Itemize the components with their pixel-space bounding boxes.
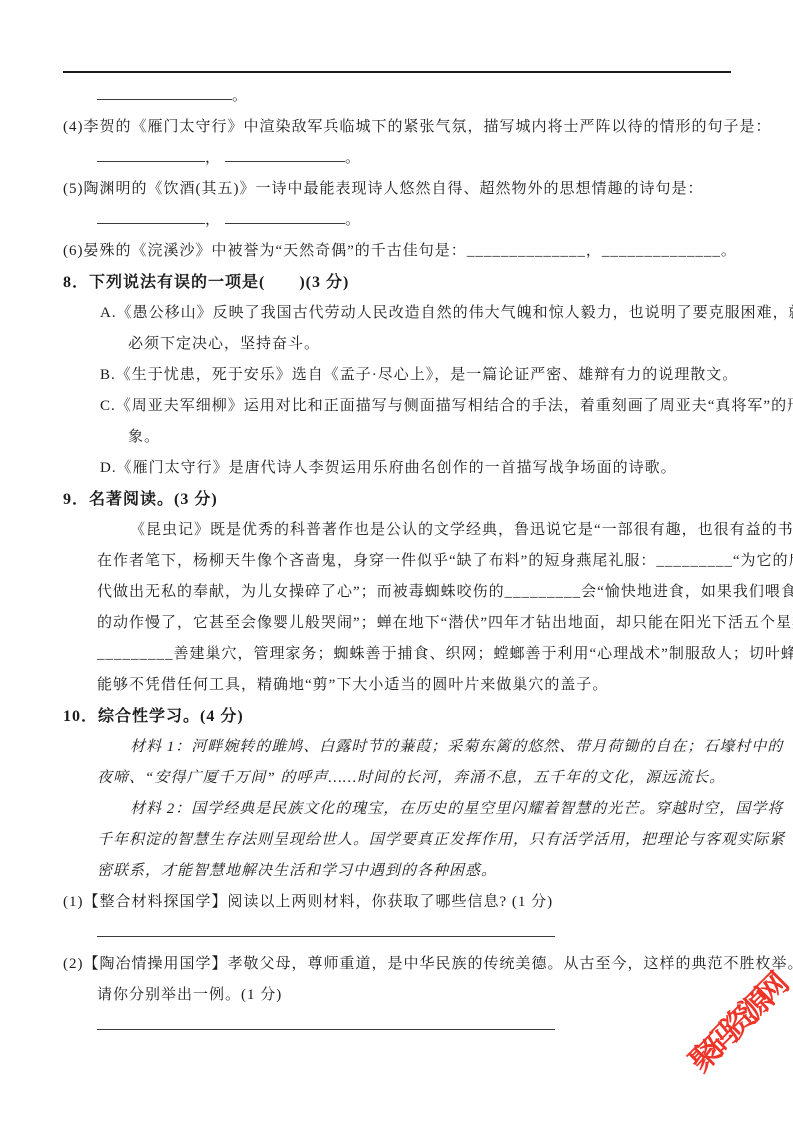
- exam-paper-page: 。 (4)李贺的《雁门太守行》中渲染敌军兵临城下的紧张气氛，描写城内将士严阵以待…: [0, 0, 793, 1122]
- question-10-heading: 10．综合性学习。(4 分): [63, 701, 731, 732]
- question-7-item-6: (6)晏殊的《浣溪沙》中被誉为“天然奇偶”的千古佳句是：____________…: [63, 236, 731, 267]
- option-a-line-1: A.《愚公移山》反映了我国古代劳动人民改造自然的伟大气魄和惊人毅力，也说明了要克…: [63, 298, 731, 329]
- answer-blank: [225, 147, 345, 162]
- question-7-item-6-blanks: ______________，______________。: [467, 243, 737, 259]
- question-9-heading: 9．名著阅读。(3 分): [63, 484, 731, 515]
- q9-paragraph-line-6: 能够不凭借任何工具，精确地“剪”下大小适当的圆叶片来做巢穴的盖子。: [63, 670, 731, 701]
- option-d: D.《雁门太守行》是唐代诗人李贺运用乐府曲名创作的一首描写战争场面的诗歌。: [63, 453, 731, 484]
- answer-blank-line-top: 。: [63, 81, 731, 112]
- material-1-line-2: 夜啼、“安得广厦千万间” 的呼声……时间的长河，奔涌不息，五千年的文化，源远流长…: [63, 763, 731, 794]
- answer-blank-line-q4: ，。: [63, 143, 731, 174]
- answer-blank: [97, 85, 232, 100]
- sub-question-2-line-2: 请你分别举出一例。(1 分): [63, 980, 731, 1011]
- answer-underline-1: [63, 918, 731, 949]
- material-2-line-2: 千年积淀的智慧生存法则呈现给世人。国学要真正发挥作用，只有活学活用，把理论与客观…: [63, 825, 731, 856]
- answer-blank-line-q5: ，。: [63, 205, 731, 236]
- question-7-item-4: (4)李贺的《雁门太守行》中渲染敌军兵临城下的紧张气氛，描写城内将士严阵以待的情…: [63, 112, 731, 143]
- comma-mark: ，: [205, 212, 221, 228]
- q9-paragraph-line-5: _________善建巢穴，管理家务；蜘蛛善于捕食、织网；螳螂善于利用“心理战术…: [63, 639, 731, 670]
- option-a-line-2: 必须下定决心，坚持奋斗。: [63, 329, 731, 360]
- q9-paragraph-line-1: 《昆虫记》既是优秀的科普著作也是公认的文学经典，鲁迅说它是“一部很有趣，也很有益…: [63, 515, 731, 546]
- material-2-line-3: 密联系，才能智慧地解决生活和学习中遇到的各种困惑。: [63, 856, 731, 887]
- question-7-item-5: (5)陶渊明的《饮酒(其五)》一诗中最能表现诗人悠然自得、超然物外的思想情趣的诗…: [63, 174, 731, 205]
- option-c-line-1: C.《周亚夫军细柳》运用对比和正面描写与侧面描写相结合的手法，着重刻画了周亚夫“…: [63, 391, 731, 422]
- exam-content: 。 (4)李贺的《雁门太守行》中渲染敌军兵临城下的紧张气氛，描写城内将士严阵以待…: [63, 0, 731, 1042]
- answer-blank: [97, 147, 205, 162]
- option-b: B.《生于忧患，死于安乐》选自《孟子·尽心上》，是一篇论证严密、雄辩有力的说理散…: [63, 360, 731, 391]
- comma-mark: ，: [205, 150, 221, 166]
- answer-blank: [97, 209, 205, 224]
- question-8-heading: 8．下列说法有误的一项是( )(3 分): [63, 267, 731, 298]
- material-1-line-1: 材料 1：河畔婉转的雎鸠、白露时节的蒹葭；采菊东篱的悠然、带月荷锄的自在；石壕村…: [63, 732, 731, 763]
- period-mark: 。: [345, 212, 361, 228]
- answer-blank: [225, 209, 345, 224]
- answer-underline: [97, 1015, 555, 1030]
- question-7-item-6-text: (6)晏殊的《浣溪沙》中被誉为“天然奇偶”的千古佳句是：: [63, 243, 467, 259]
- q9-paragraph-line-2: 在作者笔下，杨柳天牛像个吝啬鬼，身穿一件似乎“缺了布料”的短身燕尾礼服：____…: [63, 546, 731, 577]
- option-c-line-2: 象。: [63, 422, 731, 453]
- period-mark: 。: [345, 150, 361, 166]
- sub-question-1: (1)【整合材料探国学】阅读以上两则材料，你获取了哪些信息? (1 分): [63, 887, 731, 918]
- q9-paragraph-line-3: 代做出无私的奉献，为儿女操碎了心”；而被毒蜘蛛咬伤的_________会“愉快地…: [63, 577, 731, 608]
- q9-paragraph-line-4: 的动作慢了，它甚至会像婴儿般哭闹”；蝉在地下“潜伏”四年才钻出地面，却只能在阳光…: [63, 608, 731, 639]
- sub-question-2-line-1: (2)【陶冶情操用国学】孝敬父母，尊师重道，是中华民族的传统美德。从古至今，这样…: [63, 949, 731, 980]
- answer-underline: [97, 922, 555, 937]
- period-mark: 。: [232, 88, 248, 104]
- answer-underline-2: [63, 1011, 731, 1042]
- material-2-line-1: 材料 2：国学经典是民族文化的瑰宝，在历史的星空里闪耀着智慧的光芒。穿越时空，国…: [63, 794, 731, 825]
